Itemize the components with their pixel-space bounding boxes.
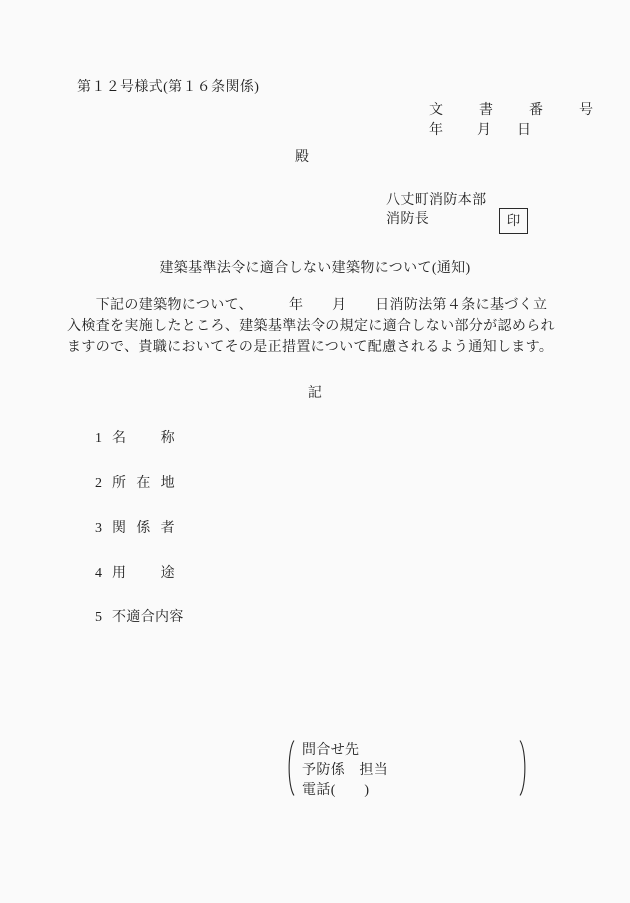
list-item-usage: 4 用途 (0, 566, 630, 584)
date-day-label: 日 (517, 123, 531, 140)
contact-block: 問合せ先 予防係 担当 電話( ) (302, 741, 388, 801)
list-item-related-party: 3 関係者 (0, 521, 630, 539)
item-number: 3 (95, 521, 102, 538)
item-number: 1 (95, 431, 102, 448)
form-number-label: 第１２号様式(第１６条関係) (77, 80, 259, 97)
contact-line: 問合せ先 (302, 743, 359, 758)
document-number-placeholder: 文 書 番 号 (429, 103, 604, 120)
item-label: 用途 (112, 566, 175, 583)
item-label: 不適合内容 (112, 610, 175, 627)
item-label: 所在地 (112, 476, 175, 493)
date-year-label: 年 (429, 123, 443, 140)
body-line: ますので、貴職においてその是正措置について配慮されるよう通知します。 (67, 340, 553, 355)
body-paragraph: 下記の建築物について、 年 月 日消防法第４条に基づく立 入検査を実施したところ… (67, 295, 567, 358)
sender-organization: 八丈町消防本部 (386, 193, 486, 210)
item-number: 4 (95, 566, 102, 583)
body-line: 下記の建築物について、 年 月 日消防法第４条に基づく立 (67, 298, 547, 313)
date-month-label: 月 (477, 123, 491, 140)
body-line: 入検査を実施したところ、建築基準法令の規定に適合しない部分が認められ (67, 319, 555, 334)
item-label: 関係者 (112, 521, 175, 538)
item-number: 2 (95, 476, 102, 493)
left-parenthesis-bracket (284, 739, 296, 797)
list-item-address: 2 所在地 (0, 476, 630, 494)
list-item-nonconformity: 5 不適合内容 (0, 610, 630, 628)
document-page: 第１２号様式(第１６条関係) 文 書 番 号 年 月 日 殿 八丈町消防本部 消… (0, 0, 630, 903)
list-item-name: 1 名称 (0, 431, 630, 449)
contact-line: 電話( ) (302, 783, 369, 798)
item-label: 名称 (112, 431, 175, 448)
item-number: 5 (95, 610, 102, 627)
contact-line: 予防係 担当 (302, 763, 388, 778)
right-parenthesis-bracket (518, 739, 530, 797)
official-seal-box: 印 (499, 208, 528, 234)
seal-placeholder-label: 印 (507, 213, 521, 229)
document-title: 建築基準法令に適合しない建築物について(通知) (0, 261, 630, 278)
ki-section-marker: 記 (0, 386, 630, 403)
recipient-honorific: 殿 (295, 150, 309, 167)
sender-title: 消防長 (386, 212, 429, 229)
